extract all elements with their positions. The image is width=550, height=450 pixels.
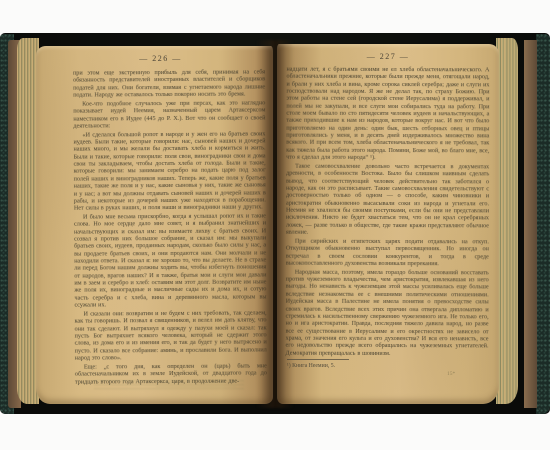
paragraph: при этом еще экстренную прибыль для себя…	[73, 69, 265, 100]
paragraph: И сказали они: возвратим и не будем с ни…	[75, 310, 267, 363]
right-page-text: надцати лет, я с братьями своими не ел х…	[285, 67, 489, 356]
footnote: ¹) Книга Неемии, 5.	[287, 363, 335, 369]
paragraph: надцати лет, я с братьями своими не ел х…	[286, 67, 489, 163]
right-page: — 227 — надцати лет, я с братьями своими…	[277, 44, 499, 404]
left-page: — 226 — при этом еще экстренную прибыль …	[36, 46, 273, 404]
page-number-left: — 226 —	[42, 54, 273, 63]
page-stack-edge-right	[496, 38, 518, 404]
paragraph: «И сделался большой ропот в народе и у ж…	[73, 131, 265, 213]
endpaper-right	[524, 40, 537, 408]
left-page-text: при этом еще экстренную прибыль для себя…	[73, 69, 267, 382]
book-cover-right	[536, 34, 550, 414]
paragraph: Еще: „с того дня, как определен он (царь…	[75, 363, 267, 386]
page-number-right: — 227 —	[277, 52, 499, 61]
book-photo: — 226 — при этом еще экстренную прибыль …	[0, 0, 550, 450]
signature-mark: 15*	[447, 371, 455, 377]
paragraph: Такое самовосхваление довольно часто вст…	[286, 164, 489, 238]
paragraph: Народная масса, поэтому, имела гораздо б…	[285, 269, 488, 358]
paragraph: При сирийских и египетских царях подати …	[286, 239, 489, 269]
paragraph: И было мне весьма прискорбно, когда я ус…	[74, 213, 267, 310]
paragraph: Кое-что подобное случалось уже при перса…	[73, 100, 265, 131]
footnote-divider	[287, 359, 349, 360]
